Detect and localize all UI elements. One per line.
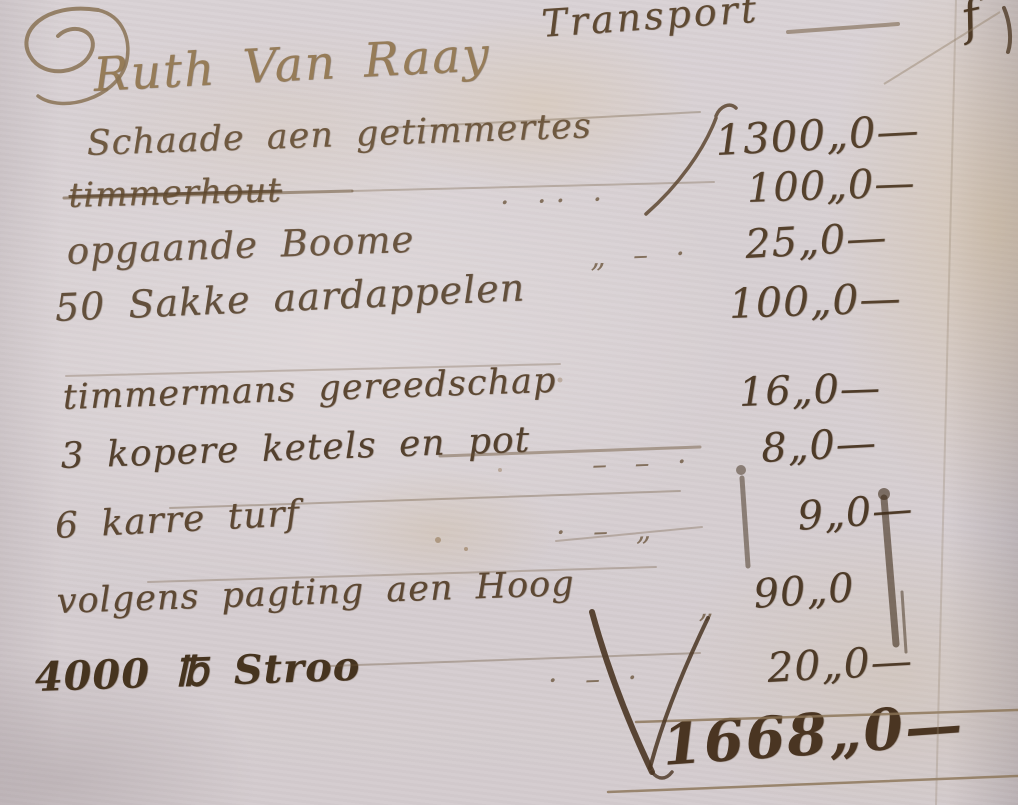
entry-amount: 16„0— (738, 365, 882, 416)
entry-amount: 100„0— (728, 274, 902, 328)
total-amount: 1668„0— (660, 691, 966, 779)
entry-description: 50 Sakke aardappelen (54, 265, 526, 329)
entry-description: volgens pagting aen Hoog (56, 564, 575, 622)
entry-amount: 1300„0— (714, 105, 921, 165)
entry-leader-marks: – – · (591, 444, 696, 483)
entry-leader-marks: · – · (547, 660, 646, 698)
manuscript-page: Transport f Ruth Van Raay Schaade aen ge… (0, 0, 1018, 805)
entry-amount: 20„0— (766, 636, 914, 692)
currency-florin-sign: f (956, 0, 986, 47)
entry-amount: 90„0 (752, 565, 856, 618)
entry-leader-marks: „ – · (589, 236, 694, 275)
entry-amount: 25„0— (744, 215, 888, 268)
transport-heading: Transport (540, 0, 760, 46)
entry-description: timmermans gereedschap (62, 361, 557, 418)
entry-amount: 9„0— (796, 486, 915, 540)
entry-description: Schaade aen getimmertes (86, 106, 592, 164)
handwriting-layer: Transport f Ruth Van Raay Schaade aen ge… (0, 0, 1018, 805)
entry-amount: 100„0— (746, 160, 916, 212)
entry-amount: 8„0— (760, 420, 878, 472)
entry-description: 4000 ℔ Stroo (34, 643, 361, 701)
entry-leader-marks: · ·· · (499, 182, 611, 221)
account-holder-name: Ruth Van Raay (92, 27, 492, 103)
entry-description: 3 kopere ketels en pot (60, 420, 531, 477)
entry-leader-marks: „ (697, 590, 723, 626)
entry-leader-marks: · – „ (555, 512, 660, 551)
entry-description: 6 karre turf (54, 493, 301, 547)
entry-description-struck: timmerhout (68, 170, 282, 216)
entry-description: opgaande Boome (66, 218, 415, 273)
